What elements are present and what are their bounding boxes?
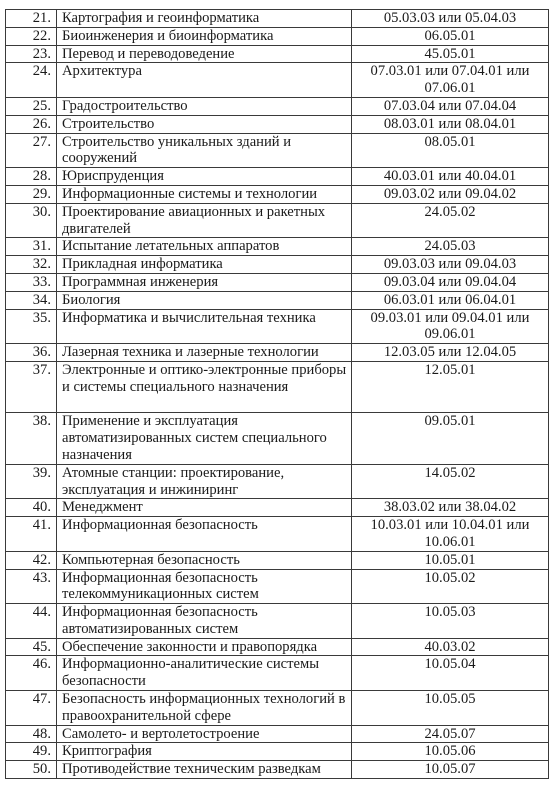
row-number-cell: 34.: [6, 291, 57, 309]
specialty-name-cell: Испытание летательных аппаратов: [57, 238, 352, 256]
specialty-name-cell: Менеджмент: [57, 499, 352, 517]
specialty-name-cell: Проектирование авиационных и ракетных дв…: [57, 203, 352, 238]
table-row: 47.Безопасность информационных технологи…: [6, 691, 549, 726]
specialties-table-body: 21.Картография и геоинформатика05.03.03 …: [6, 10, 549, 779]
row-number-cell: 50.: [6, 761, 57, 779]
row-number-cell: 39.: [6, 464, 57, 499]
table-row: 27.Строительство уникальных зданий и соо…: [6, 133, 549, 168]
specialty-code-cell: 09.03.01 или 09.04.01 или 09.06.01: [352, 309, 549, 344]
row-number-cell: 23.: [6, 45, 57, 63]
specialty-code-cell: 10.05.03: [352, 604, 549, 639]
table-row: 40.Менеджмент38.03.02 или 38.04.02: [6, 499, 549, 517]
specialty-code-cell: 45.05.01: [352, 45, 549, 63]
specialty-name-cell: Обеспечение законности и правопорядка: [57, 638, 352, 656]
row-number-cell: 48.: [6, 725, 57, 743]
document-page: 21.Картография и геоинформатика05.03.03 …: [5, 9, 548, 779]
specialty-name-cell: Электронные и оптико-электронные приборы…: [57, 361, 352, 412]
row-number-cell: 46.: [6, 656, 57, 691]
specialty-name-cell: Противодействие техническим разведкам: [57, 761, 352, 779]
table-row: 45.Обеспечение законности и правопорядка…: [6, 638, 549, 656]
row-number-cell: 30.: [6, 203, 57, 238]
table-row: 29.Информационные системы и технологии09…: [6, 185, 549, 203]
specialty-name-cell: Информационная безопасность: [57, 517, 352, 552]
specialty-name-cell: Прикладная информатика: [57, 256, 352, 274]
table-row: 31.Испытание летательных аппаратов24.05.…: [6, 238, 549, 256]
table-row: 28.Юриспруденция40.03.01 или 40.04.01: [6, 168, 549, 186]
row-number-cell: 47.: [6, 691, 57, 726]
specialty-name-cell: Биология: [57, 291, 352, 309]
table-row: 21.Картография и геоинформатика05.03.03 …: [6, 10, 549, 28]
specialty-code-cell: 24.05.03: [352, 238, 549, 256]
specialties-table: 21.Картография и геоинформатика05.03.03 …: [5, 9, 549, 779]
specialty-name-cell: Лазерная техника и лазерные технологии: [57, 344, 352, 362]
table-row: 42.Компьютерная безопасность10.05.01: [6, 551, 549, 569]
specialty-name-cell: Строительство: [57, 115, 352, 133]
row-number-cell: 36.: [6, 344, 57, 362]
specialty-code-cell: 12.05.01: [352, 361, 549, 412]
specialty-code-cell: 38.03.02 или 38.04.02: [352, 499, 549, 517]
row-number-cell: 38.: [6, 413, 57, 464]
table-row: 35.Информатика и вычислительная техника0…: [6, 309, 549, 344]
specialty-name-cell: Перевод и переводоведение: [57, 45, 352, 63]
specialty-name-cell: Самолето- и вертолетостроение: [57, 725, 352, 743]
specialty-code-cell: 10.05.02: [352, 569, 549, 604]
specialty-name-cell: Криптография: [57, 743, 352, 761]
row-number-cell: 41.: [6, 517, 57, 552]
table-row: 38.Применение и эксплуатация автоматизир…: [6, 413, 549, 464]
row-number-cell: 40.: [6, 499, 57, 517]
table-row: 41.Информационная безопасность10.03.01 и…: [6, 517, 549, 552]
specialty-code-cell: 14.05.02: [352, 464, 549, 499]
specialty-code-cell: 40.03.02: [352, 638, 549, 656]
table-row: 50.Противодействие техническим разведкам…: [6, 761, 549, 779]
specialty-code-cell: 07.03.01 или 07.04.01 или 07.06.01: [352, 63, 549, 98]
table-row: 24.Архитектура07.03.01 или 07.04.01 или …: [6, 63, 549, 98]
table-row: 48.Самолето- и вертолетостроение24.05.07: [6, 725, 549, 743]
specialty-code-cell: 12.03.05 или 12.04.05: [352, 344, 549, 362]
specialty-code-cell: 06.03.01 или 06.04.01: [352, 291, 549, 309]
row-number-cell: 35.: [6, 309, 57, 344]
table-row: 49.Криптография10.05.06: [6, 743, 549, 761]
specialty-name-cell: Картография и геоинформатика: [57, 10, 352, 28]
table-row: 44.Информационная безопасность автоматиз…: [6, 604, 549, 639]
specialty-code-cell: 10.05.07: [352, 761, 549, 779]
specialty-name-cell: Биоинженерия и биоинформатика: [57, 27, 352, 45]
specialty-name-cell: Строительство уникальных зданий и сооруж…: [57, 133, 352, 168]
row-number-cell: 31.: [6, 238, 57, 256]
row-number-cell: 28.: [6, 168, 57, 186]
row-number-cell: 43.: [6, 569, 57, 604]
specialty-code-cell: 09.03.04 или 09.04.04: [352, 273, 549, 291]
table-row: 39.Атомные станции: проектирование, эксп…: [6, 464, 549, 499]
specialty-code-cell: 05.03.03 или 05.04.03: [352, 10, 549, 28]
specialty-name-cell: Компьютерная безопасность: [57, 551, 352, 569]
specialty-name-cell: Информационная безопасность автоматизиро…: [57, 604, 352, 639]
specialty-name-cell: Информационные системы и технологии: [57, 185, 352, 203]
specialty-code-cell: 07.03.04 или 07.04.04: [352, 97, 549, 115]
row-number-cell: 37.: [6, 361, 57, 412]
specialty-code-cell: 24.05.02: [352, 203, 549, 238]
table-row: 36.Лазерная техника и лазерные технологи…: [6, 344, 549, 362]
row-number-cell: 33.: [6, 273, 57, 291]
row-number-cell: 27.: [6, 133, 57, 168]
row-number-cell: 24.: [6, 63, 57, 98]
specialty-code-cell: 09.03.02 или 09.04.02: [352, 185, 549, 203]
row-number-cell: 29.: [6, 185, 57, 203]
specialty-name-cell: Информатика и вычислительная техника: [57, 309, 352, 344]
specialty-code-cell: 10.05.05: [352, 691, 549, 726]
row-number-cell: 32.: [6, 256, 57, 274]
specialty-code-cell: 40.03.01 или 40.04.01: [352, 168, 549, 186]
specialty-code-cell: 10.05.04: [352, 656, 549, 691]
specialty-name-cell: Применение и эксплуатация автоматизирова…: [57, 413, 352, 464]
specialty-code-cell: 06.05.01: [352, 27, 549, 45]
specialty-name-cell: Информационная безопасность телекоммуник…: [57, 569, 352, 604]
specialty-code-cell: 10.05.06: [352, 743, 549, 761]
row-number-cell: 26.: [6, 115, 57, 133]
row-number-cell: 25.: [6, 97, 57, 115]
table-row: 26.Строительство08.03.01 или 08.04.01: [6, 115, 549, 133]
table-row: 37.Электронные и оптико-электронные приб…: [6, 361, 549, 412]
specialty-code-cell: 08.05.01: [352, 133, 549, 168]
row-number-cell: 21.: [6, 10, 57, 28]
specialty-code-cell: 10.05.01: [352, 551, 549, 569]
row-number-cell: 44.: [6, 604, 57, 639]
specialty-code-cell: 08.03.01 или 08.04.01: [352, 115, 549, 133]
table-row: 43.Информационная безопасность телекомму…: [6, 569, 549, 604]
row-number-cell: 45.: [6, 638, 57, 656]
specialty-name-cell: Программная инженерия: [57, 273, 352, 291]
specialty-code-cell: 24.05.07: [352, 725, 549, 743]
table-row: 46.Информационно-аналитические системы б…: [6, 656, 549, 691]
specialty-name-cell: Безопасность информационных технологий в…: [57, 691, 352, 726]
row-number-cell: 22.: [6, 27, 57, 45]
specialty-name-cell: Градостроительство: [57, 97, 352, 115]
table-row: 33.Программная инженерия09.03.04 или 09.…: [6, 273, 549, 291]
specialty-code-cell: 09.05.01: [352, 413, 549, 464]
table-row: 30.Проектирование авиационных и ракетных…: [6, 203, 549, 238]
table-row: 34.Биология06.03.01 или 06.04.01: [6, 291, 549, 309]
specialty-name-cell: Юриспруденция: [57, 168, 352, 186]
specialty-name-cell: Атомные станции: проектирование, эксплуа…: [57, 464, 352, 499]
table-row: 25.Градостроительство07.03.04 или 07.04.…: [6, 97, 549, 115]
table-row: 32.Прикладная информатика09.03.03 или 09…: [6, 256, 549, 274]
table-row: 22.Биоинженерия и биоинформатика06.05.01: [6, 27, 549, 45]
table-row: 23.Перевод и переводоведение45.05.01: [6, 45, 549, 63]
row-number-cell: 42.: [6, 551, 57, 569]
row-number-cell: 49.: [6, 743, 57, 761]
specialty-code-cell: 10.03.01 или 10.04.01 или 10.06.01: [352, 517, 549, 552]
specialty-code-cell: 09.03.03 или 09.04.03: [352, 256, 549, 274]
specialty-name-cell: Информационно-аналитические системы безо…: [57, 656, 352, 691]
specialty-name-cell: Архитектура: [57, 63, 352, 98]
